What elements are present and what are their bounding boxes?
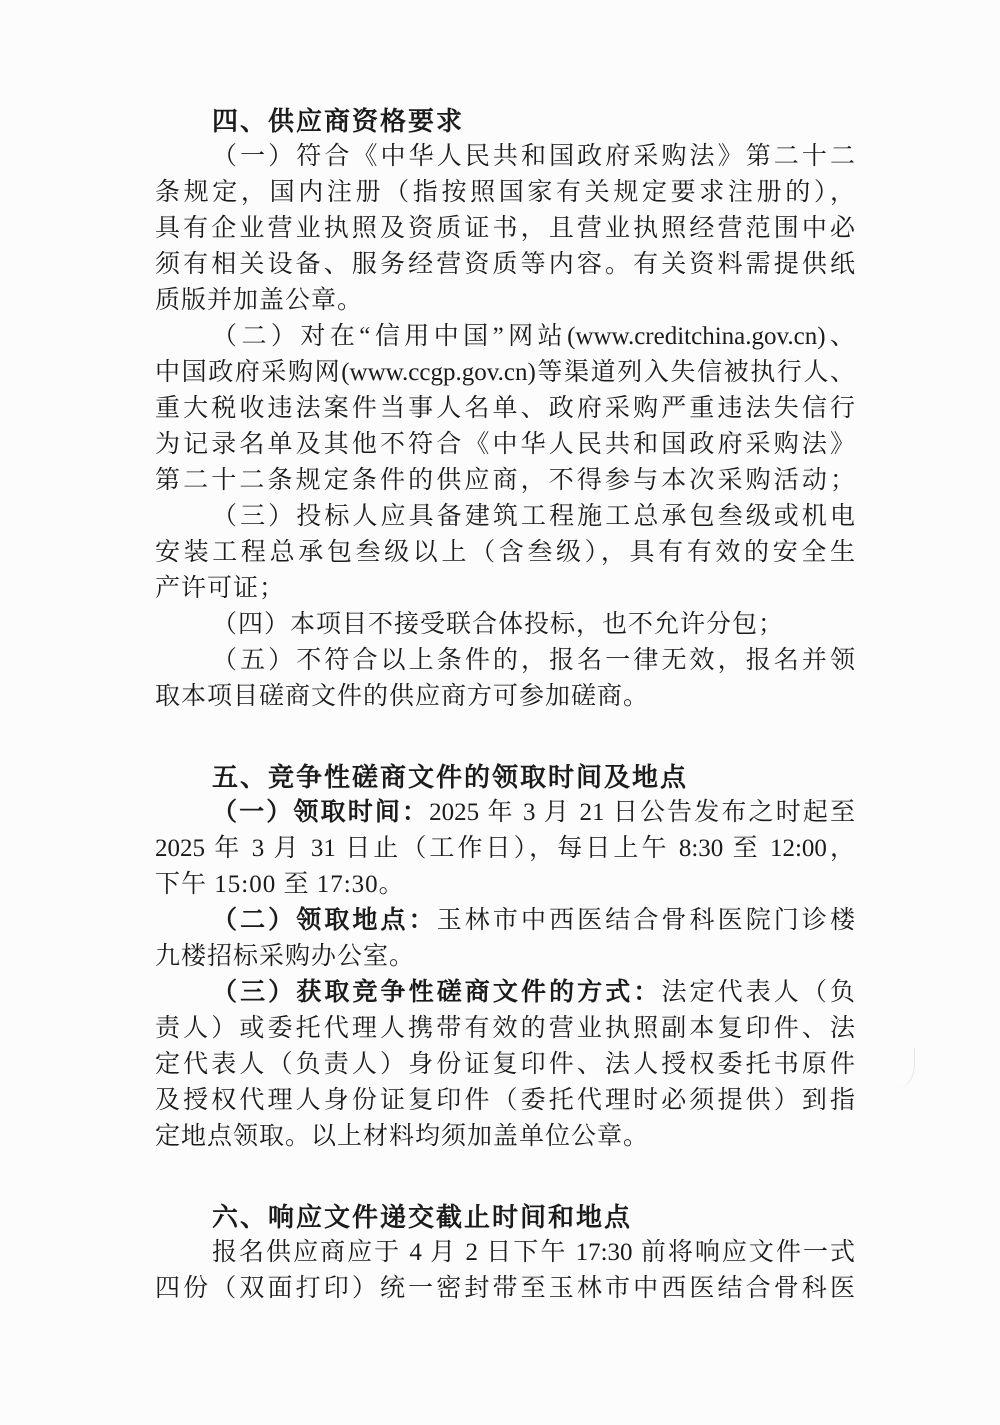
text-segment: 2025 年 3 月 31 日止（工作日），每日上午 8:30 至 12:00， xyxy=(155,835,855,862)
text-segment: 九楼招标采购办公室。 xyxy=(155,943,415,970)
text-segment: 及授权代理人身份证复印件（委托代理时必须提供）到指 xyxy=(155,1087,855,1114)
text-line: （二）领取地点：玉林市中西医结合骨科医院门诊楼 xyxy=(155,903,855,939)
text-segment: 须有相关设备、服务经营资质等内容。有关资料需提供纸 xyxy=(155,251,855,278)
text-segment: （三）投标人应具备建筑工程施工总承包叁级或机电 xyxy=(212,503,855,530)
text-line: （三）获取竞争性磋商文件的方式：法定代表人（负 xyxy=(155,975,855,1011)
text-line: 2025 年 3 月 31 日止（工作日），每日上午 8:30 至 12:00， xyxy=(155,831,855,867)
text-line: 定代表人（负责人）身份证复印件、法人授权委托书原件 xyxy=(155,1047,855,1083)
text-line: 第二十二条规定条件的供应商，不得参与本次采购活动； xyxy=(155,463,855,499)
text-segment: 具有企业营业执照及资质证书，且营业执照经营范围中必 xyxy=(155,215,855,242)
text-line: 产许可证； xyxy=(155,571,855,607)
text-line: （四）本项目不接受联合体投标，也不允许分包； xyxy=(155,607,855,643)
text-segment: 下午 15:00 至 17:30。 xyxy=(155,871,405,898)
text-line: （二）对在“信用中国”网站(www.creditchina.gov.cn)、 xyxy=(155,319,855,355)
text-line: 四份（双面打印）统一密封带至玉林市中西医结合骨科医 xyxy=(155,1271,855,1307)
text-segment: 2025 年 3 月 21 日公告发布之时起至 xyxy=(429,799,855,826)
text-segment: 法定代表人（负 xyxy=(661,979,855,1006)
text-segment: 安装工程总承包叁级以上（含叁级），具有有效的安全生 xyxy=(155,539,855,566)
text-line: 取本项目磋商文件的供应商方可参加磋商。 xyxy=(155,679,855,715)
document-page: 四、供应商资格要求（一）符合《中华人民共和国政府采购法》第二十二条规定，国内注册… xyxy=(155,103,855,1307)
bold-label: （二）领取地点： xyxy=(212,907,437,934)
text-segment: 报名供应商应于 4 月 2 日下午 17:30 前将响应文件一式 xyxy=(212,1239,855,1266)
text-line: 具有企业营业执照及资质证书，且营业执照经营范围中必 xyxy=(155,211,855,247)
text-segment: 条规定，国内注册（指按照国家有关规定要求注册的）， xyxy=(155,179,855,206)
text-line: 质版并加盖公章。 xyxy=(155,283,855,319)
section-heading-submission-deadline: 六、响应文件递交截止时间和地点 xyxy=(155,1199,855,1235)
text-line: 定地点领取。以上材料均须加盖单位公章。 xyxy=(155,1119,855,1155)
text-segment: 玉林市中西医结合骨科医院门诊楼 xyxy=(437,907,855,934)
text-line: 责人）或委托代理人携带有效的营业执照副本复印件、法 xyxy=(155,1011,855,1047)
text-segment: 取本项目磋商文件的供应商方可参加磋商。 xyxy=(155,683,649,710)
text-segment: 第二十二条规定条件的供应商，不得参与本次采购活动； xyxy=(155,467,855,494)
text-line: （三）投标人应具备建筑工程施工总承包叁级或机电 xyxy=(155,499,855,535)
text-segment: 定地点领取。以上材料均须加盖单位公章。 xyxy=(155,1123,649,1150)
text-line: （一）领取时间：2025 年 3 月 21 日公告发布之时起至 xyxy=(155,795,855,831)
text-line: 重大税收违法案件当事人名单、政府采购严重违法失信行 xyxy=(155,391,855,427)
scan-artifact-mark xyxy=(888,1048,915,1088)
text-segment: 产许可证； xyxy=(155,575,285,602)
bold-label: （三）获取竞争性磋商文件的方式： xyxy=(212,979,661,1006)
text-line: 下午 15:00 至 17:30。 xyxy=(155,867,855,903)
text-line: 须有相关设备、服务经营资质等内容。有关资料需提供纸 xyxy=(155,247,855,283)
text-segment: （五）不符合以上条件的，报名一律无效，报名并领 xyxy=(212,647,855,674)
text-line: 为记录名单及其他不符合《中华人民共和国政府采购法》 xyxy=(155,427,855,463)
text-line: 及授权代理人身份证复印件（委托代理时必须提供）到指 xyxy=(155,1083,855,1119)
text-segment: 重大税收违法案件当事人名单、政府采购严重违法失信行 xyxy=(155,395,855,422)
text-line: （一）符合《中华人民共和国政府采购法》第二十二 xyxy=(155,139,855,175)
section-heading-supplier-qualification: 四、供应商资格要求 xyxy=(155,103,855,139)
text-line: 报名供应商应于 4 月 2 日下午 17:30 前将响应文件一式 xyxy=(155,1235,855,1271)
bold-label: （一）领取时间： xyxy=(212,799,429,826)
text-line: 安装工程总承包叁级以上（含叁级），具有有效的安全生 xyxy=(155,535,855,571)
text-segment: 质版并加盖公章。 xyxy=(155,287,363,314)
text-segment: 定代表人（负责人）身份证复印件、法人授权委托书原件 xyxy=(155,1051,855,1078)
text-segment: 中国政府采购网(www.ccgp.gov.cn)等渠道列入失信被执行人、 xyxy=(155,359,855,386)
section-heading-document-collection: 五、竞争性磋商文件的领取时间及地点 xyxy=(155,759,855,795)
text-line: （五）不符合以上条件的，报名一律无效，报名并领 xyxy=(155,643,855,679)
text-line: 条规定，国内注册（指按照国家有关规定要求注册的）， xyxy=(155,175,855,211)
text-segment: （一）符合《中华人民共和国政府采购法》第二十二 xyxy=(212,143,855,170)
text-line: 九楼招标采购办公室。 xyxy=(155,939,855,975)
text-line: 中国政府采购网(www.ccgp.gov.cn)等渠道列入失信被执行人、 xyxy=(155,355,855,391)
text-segment: （四）本项目不接受联合体投标，也不允许分包； xyxy=(212,611,784,638)
text-segment: 责人）或委托代理人携带有效的营业执照副本复印件、法 xyxy=(155,1015,855,1042)
text-segment: （二）对在“信用中国”网站(www.creditchina.gov.cn)、 xyxy=(212,323,855,350)
text-segment: 为记录名单及其他不符合《中华人民共和国政府采购法》 xyxy=(155,431,855,458)
text-segment: 四份（双面打印）统一密封带至玉林市中西医结合骨科医 xyxy=(155,1275,855,1302)
